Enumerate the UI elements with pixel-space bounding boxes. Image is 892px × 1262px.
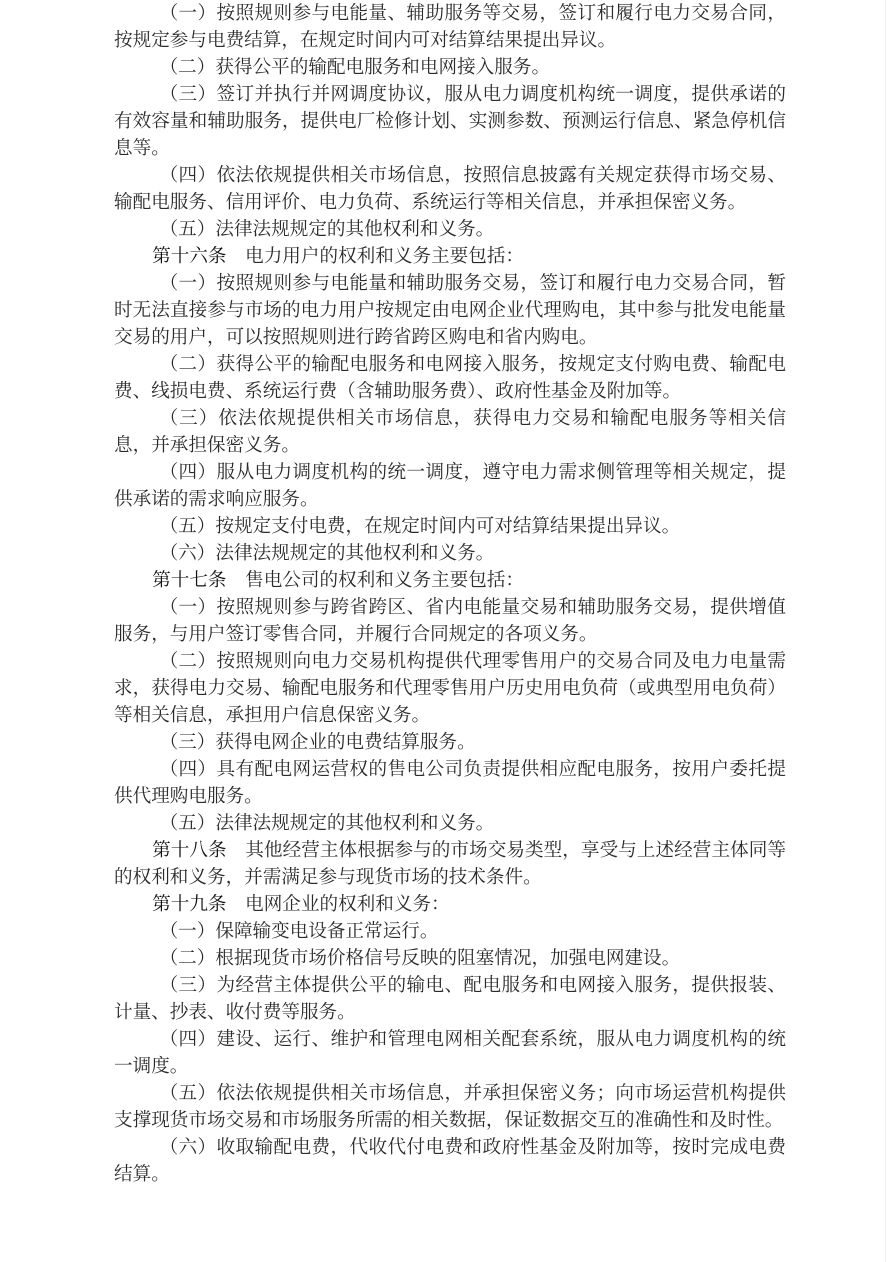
article-text: 电力用户的权利和义务主要包括： <box>245 246 524 267</box>
paragraph-item: （三）获得电网企业的电费结算服务。 <box>114 729 786 756</box>
article-17: 第十七条售电公司的权利和义务主要包括： <box>114 567 786 594</box>
paragraph-item: （二）获得公平的输配电服务和电网接入服务，按规定支付购电费、输配电费、线损电费、… <box>114 351 786 405</box>
paragraph-item: （五）依法依规提供相关市场信息，并承担保密义务；向市场运营机构提供支撑现货市场交… <box>114 1080 786 1134</box>
article-text: 电网企业的权利和义务： <box>245 894 450 915</box>
paragraph-item: （二）根据现货市场价格信号反映的阻塞情况，加强电网建设。 <box>114 945 786 972</box>
article-number: 第十八条 <box>152 840 227 861</box>
article-text: 售电公司的权利和义务主要包括： <box>245 570 524 591</box>
paragraph-item: （五）按规定支付电费，在规定时间内可对结算结果提出异议。 <box>114 513 786 540</box>
document-body: （一）按照规则参与电能量、辅助服务等交易，签订和履行电力交易合同，按规定参与电费… <box>114 0 786 1188</box>
paragraph-item: （五）法律法规规定的其他权利和义务。 <box>114 810 786 837</box>
paragraph-item: （四）建设、运行、维护和管理电网相关配套系统，服从电力调度机构的统一调度。 <box>114 1026 786 1080</box>
paragraph-item: （三）签订并执行并网调度协议，服从电力调度机构统一调度，提供承诺的有效容量和辅助… <box>114 81 786 162</box>
paragraph-item: （二）按照规则向电力交易机构提供代理零售用户的交易合同及电力电量需求，获得电力交… <box>114 648 786 729</box>
paragraph-item: （四）依法依规提供相关市场信息，按照信息披露有关规定获得市场交易、输配电服务、信… <box>114 162 786 216</box>
page-edge <box>885 0 886 1262</box>
paragraph-item: （四）服从电力调度机构的统一调度，遵守电力需求侧管理等相关规定，提供承诺的需求响… <box>114 459 786 513</box>
article-18: 第十八条其他经营主体根据参与的市场交易类型，享受与上述经营主体同等的权利和义务，… <box>114 837 786 891</box>
paragraph-item: （五）法律法规规定的其他权利和义务。 <box>114 216 786 243</box>
paragraph-item: （四）具有配电网运营权的售电公司负责提供相应配电服务，按用户委托提供代理购电服务… <box>114 756 786 810</box>
paragraph-item: （六）收取输配电费，代收代付电费和政府性基金及附加等，按时完成电费结算。 <box>114 1134 786 1188</box>
paragraph-item: （六）法律法规规定的其他权利和义务。 <box>114 540 786 567</box>
article-number: 第十七条 <box>152 570 226 591</box>
paragraph-item: （一）按照规则参与电能量和辅助服务交易，签订和履行电力交易合同，暂时无法直接参与… <box>114 270 786 351</box>
paragraph-item: （一）按照规则参与跨省跨区、省内电能量交易和辅助服务交易，提供增值服务，与用户签… <box>114 594 786 648</box>
paragraph-item: （三）依法依规提供相关市场信息，获得电力交易和输配电服务等相关信息，并承担保密义… <box>114 405 786 459</box>
paragraph-item: （一）按照规则参与电能量、辅助服务等交易，签订和履行电力交易合同，按规定参与电费… <box>114 0 786 54</box>
article-19: 第十九条电网企业的权利和义务： <box>114 891 786 918</box>
paragraph-item: （一）保障输变电设备正常运行。 <box>114 918 786 945</box>
paragraph-item: （三）为经营主体提供公平的输电、配电服务和电网接入服务，提供报装、计量、抄表、收… <box>114 972 786 1026</box>
article-number: 第十六条 <box>152 246 226 267</box>
paragraph-item: （二）获得公平的输配电服务和电网接入服务。 <box>114 54 786 81</box>
article-number: 第十九条 <box>152 894 226 915</box>
article-16: 第十六条电力用户的权利和义务主要包括： <box>114 243 786 270</box>
